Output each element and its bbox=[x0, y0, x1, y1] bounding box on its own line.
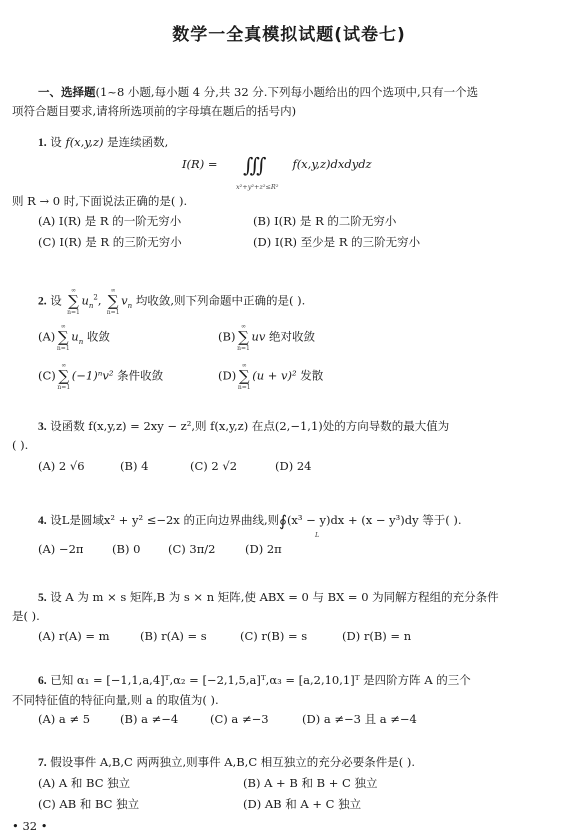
q1-option-d: (D) I(R) 至少是 R 的三阶无穷小 bbox=[253, 234, 420, 250]
summation-icon: ∞∑n=1 bbox=[66, 287, 80, 316]
q4-option-a: (A) −2π bbox=[38, 541, 83, 557]
q2-option-c: (C)∞∑n=1(−1)ⁿv² 条件收敛 bbox=[38, 362, 163, 391]
q7-option-a: (A) A 和 BC 独立 bbox=[38, 775, 130, 791]
contour-integral-icon: ∮ bbox=[279, 512, 287, 530]
summation-icon: ∞∑n=1 bbox=[236, 323, 250, 352]
question-6-line2: 不同特征值的特征向量,则 a 的取值为( ). bbox=[12, 692, 219, 708]
page-number: • 32 • bbox=[12, 818, 48, 834]
q5-option-a: (A) r(A) = m bbox=[38, 628, 110, 644]
q1-option-c: (C) I(R) 是 R 的三阶无穷小 bbox=[38, 234, 182, 250]
q1-option-b: (B) I(R) 是 R 的二阶无穷小 bbox=[253, 213, 396, 229]
summation-icon: ∞∑n=1 bbox=[56, 323, 70, 352]
question-1-line2: 则 R → 0 时,下面说法正确的是( ). bbox=[12, 193, 187, 209]
integral-domain: x²+y²+z²≤R² bbox=[236, 183, 278, 191]
triple-integral-icon: ∭ bbox=[243, 153, 267, 177]
q5-option-b: (B) r(A) = s bbox=[140, 628, 207, 644]
q3-option-a: (A) 2 √6 bbox=[38, 458, 85, 474]
question-4-stem: 4. 设L是圆域x² + y² ≤−2x 的正向边界曲线,则∮(x³ − y)d… bbox=[38, 512, 462, 529]
question-number: 1. bbox=[38, 137, 47, 149]
q7-option-d: (D) AB 和 A + C 独立 bbox=[243, 796, 361, 812]
summation-icon: ∞∑n=1 bbox=[106, 287, 120, 316]
question-6-stem: 6. 已知 α₁ = [−1,1,a,4]ᵀ,α₂ = [−2,1,5,a]ᵀ,… bbox=[38, 672, 471, 689]
question-2-stem: 2. 设 ∞∑n=1un2, ∞∑n=1vn 均收敛,则下列命题中正确的是( )… bbox=[38, 287, 305, 316]
q4-option-c: (C) 3π/2 bbox=[168, 541, 216, 557]
q5-option-d: (D) r(B) = n bbox=[342, 628, 411, 644]
q4-option-d: (D) 2π bbox=[245, 541, 282, 557]
question-3-stem: 3. 设函数 f(x,y,z) = 2xy − z²,则 f(x,y,z) 在点… bbox=[38, 418, 449, 435]
q6-option-d: (D) a ≠−3 且 a ≠−4 bbox=[302, 711, 417, 727]
q7-option-c: (C) AB 和 BC 独立 bbox=[38, 796, 139, 812]
contour-subscript: L bbox=[315, 531, 319, 539]
question-5-line2: 是( ). bbox=[12, 608, 40, 624]
summation-icon: ∞∑n=1 bbox=[57, 362, 71, 391]
instructions-line1: (1~8 小题,每小题 4 分,共 32 分.下列每小题给出的四个选项中,只有一… bbox=[96, 85, 479, 99]
instructions-line2: 项符合题目要求,请将所选项前的字母填在题后的括号内) bbox=[12, 103, 296, 119]
q6-option-b: (B) a ≠−4 bbox=[120, 711, 178, 727]
section-instructions: 一、选择题(1~8 小题,每小题 4 分,共 32 分.下列每小题给出的四个选项… bbox=[38, 84, 478, 100]
q7-option-b: (B) A + B 和 B + C 独立 bbox=[243, 775, 377, 791]
q6-option-c: (C) a ≠−3 bbox=[210, 711, 269, 727]
q6-option-a: (A) a ≠ 5 bbox=[38, 711, 90, 727]
question-1-stem: 1. 设 f(x,y,z) 是连续函数, bbox=[38, 134, 168, 151]
q3-option-b: (B) 4 bbox=[120, 458, 148, 474]
page-title: 数学一全真模拟试题(试卷七) bbox=[0, 20, 578, 45]
question-1-formula: I(R) = ∭ f(x,y,z)dxdydz bbox=[182, 156, 372, 173]
question-3-line2: ( ). bbox=[12, 437, 28, 453]
q3-option-d: (D) 24 bbox=[275, 458, 311, 474]
question-7-stem: 7. 假设事件 A,B,C 两两独立,则事件 A,B,C 相互独立的充分必要条件… bbox=[38, 754, 415, 771]
q1-option-a: (A) I(R) 是 R 的一阶无穷小 bbox=[38, 213, 181, 229]
q2-option-b: (B)∞∑n=1uv 绝对收敛 bbox=[218, 323, 315, 352]
q2-option-a: (A)∞∑n=1un 收敛 bbox=[38, 323, 110, 352]
section-heading: 一、选择题 bbox=[38, 85, 96, 99]
q2-option-d: (D)∞∑n=1(u + v)² 发散 bbox=[218, 362, 323, 391]
q4-option-b: (B) 0 bbox=[112, 541, 140, 557]
summation-icon: ∞∑n=1 bbox=[237, 362, 251, 391]
q3-option-c: (C) 2 √2 bbox=[190, 458, 237, 474]
q5-option-c: (C) r(B) = s bbox=[240, 628, 307, 644]
question-5-stem: 5. 设 A 为 m × s 矩阵,B 为 s × n 矩阵,使 ABX = 0… bbox=[38, 589, 499, 606]
